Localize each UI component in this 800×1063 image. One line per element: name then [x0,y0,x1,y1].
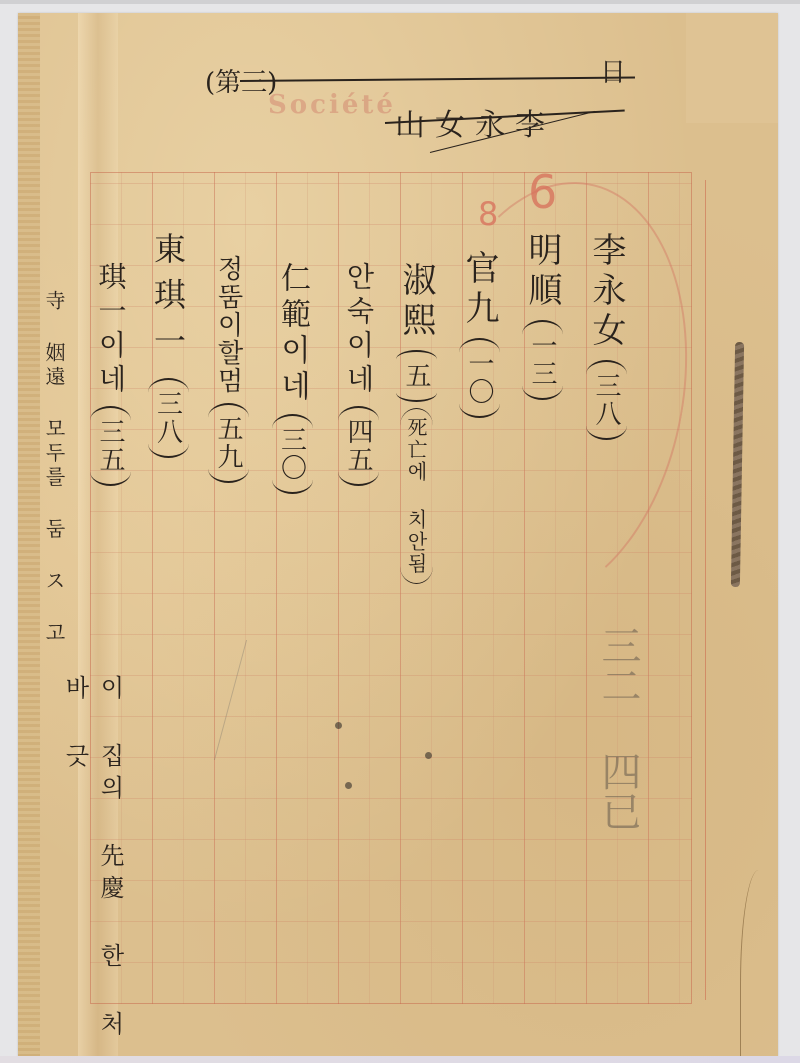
entry-name: 東琪一 [145,232,191,370]
register-entry: 李永女 三八 [582,232,631,440]
margin-note-lower: 이 집의 先慶 한 처 바 긋 [58,675,128,1063]
pencil-annotation: 三二 四已 [590,625,647,831]
red-page-mark: 8 [478,195,498,233]
entry-note: 死亡에 치안됨 [400,408,433,584]
register-entry: 東琪一 三八 [145,232,191,458]
register-entry: 明順 一三 [518,232,567,400]
stamp-watermark: Société [268,90,396,120]
viewer-bottom-border [0,1056,800,1063]
ink-spot [345,782,352,789]
register-entry: 안숙이네 四五 [338,262,379,486]
margin-line [705,180,706,1000]
entry-age: 三〇 [272,414,313,494]
register-entry: 官九 一〇 [455,250,504,418]
margin-note-upper: 寺 姻遠 모두를 둠 ス 고 [40,290,69,646]
red-page-number: 6 [528,165,557,219]
entry-age: 一三 [522,320,563,400]
corner-annotation: 日 [600,52,626,89]
paper-patch [686,13,778,123]
entry-age: 一〇 [459,338,500,418]
entry-age: 四五 [338,406,379,486]
register-entry: 琪一이네 三五 [90,262,131,486]
entry-name: 정뚬이할멈 [210,255,247,395]
register-entry: 정뚬이할멈 五九 [208,255,249,483]
register-entry: 淑熙 五 死亡에 치안됨 [392,262,441,584]
entry-age: 五九 [208,403,249,483]
viewer-top-border [0,0,800,4]
entry-name: 官九 [455,250,504,330]
entry-age: 五 [396,350,437,402]
register-entry: 仁範이네 三〇 [270,262,314,494]
entry-name: 안숙이네 [339,262,379,398]
entry-name: 仁範이네 [270,262,314,406]
entry-name: 淑熙 [392,262,441,342]
entry-age: 三八 [586,360,627,440]
entry-age: 三八 [148,378,189,458]
ink-spot [335,722,342,729]
folded-left-edge [18,13,40,1057]
entry-name: 琪一이네 [91,262,131,398]
ink-spot [425,752,432,759]
entry-name: 李永女 [582,232,631,352]
entry-age: 三五 [90,406,131,486]
entry-name: 明順 [518,232,567,312]
